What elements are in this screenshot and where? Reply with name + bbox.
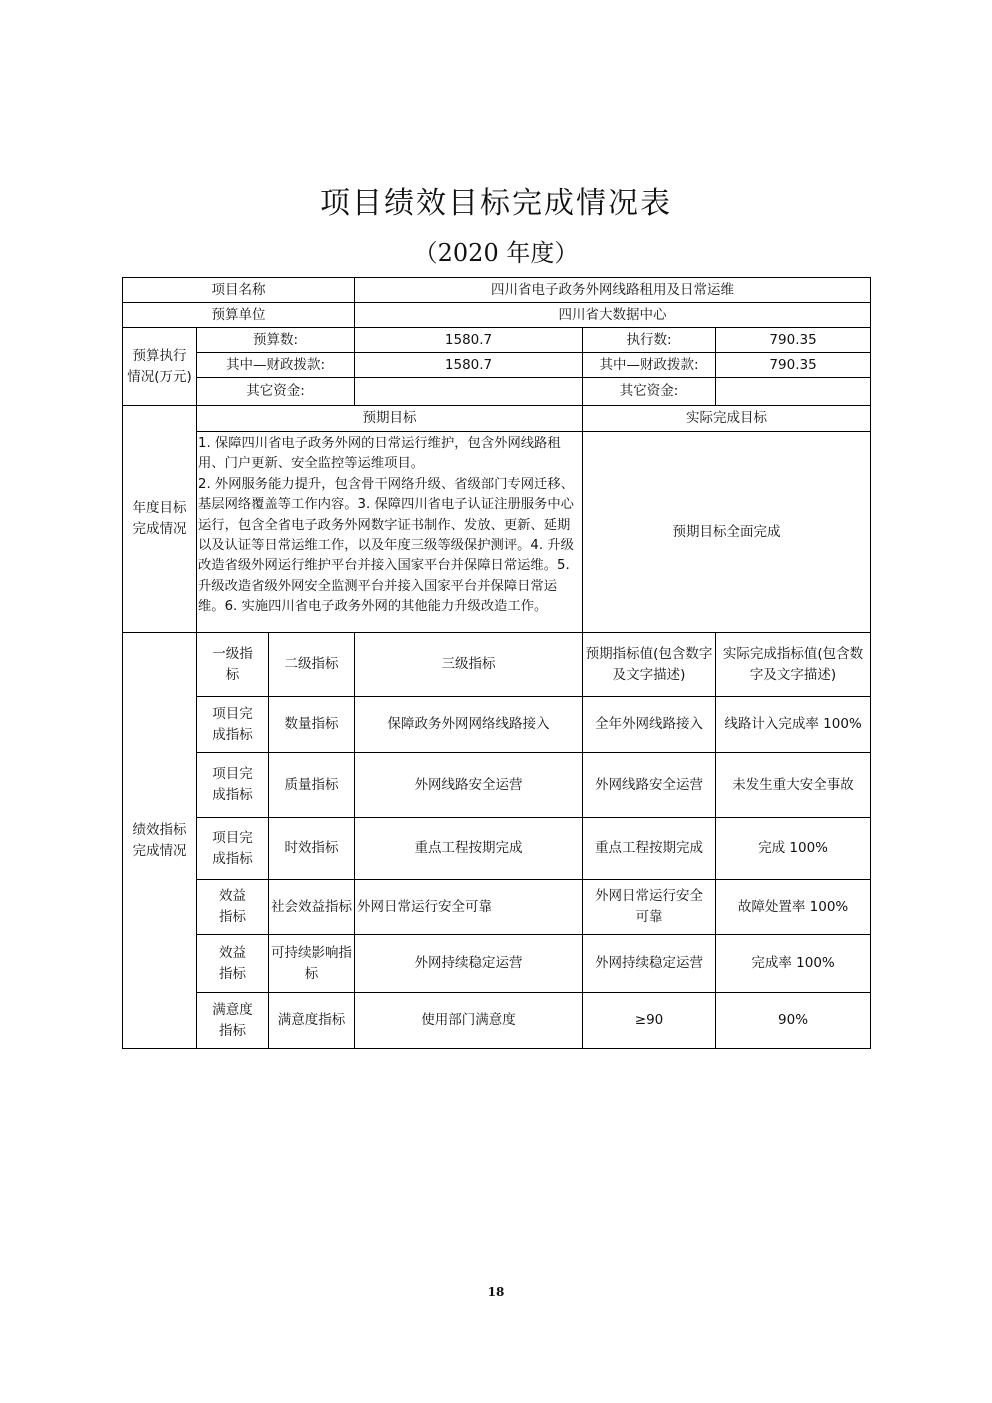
annual-goal-section-label: 年度目标完成情况 xyxy=(123,406,197,633)
indicator-expected: 外网日常运行安全可靠 xyxy=(583,880,716,935)
indicator-level2: 质量指标 xyxy=(269,753,355,818)
header-actual-value: 实际完成指标值(包含数字及文字描述) xyxy=(716,633,871,697)
expected-goal-header: 预期目标 xyxy=(197,406,583,432)
fiscal-executed-label: 其中—财政拨款: xyxy=(583,353,716,378)
indicator-level2: 时效指标 xyxy=(269,818,355,880)
indicator-actual: 90% xyxy=(716,993,871,1049)
indicator-expected: 全年外网线路接入 xyxy=(583,697,716,753)
indicator-row: 效益指标 社会效益指标 外网日常运行安全可靠 外网日常运行安全可靠 故障处置率 … xyxy=(123,880,871,935)
executed-count-value: 790.35 xyxy=(716,328,871,353)
budget-unit-row: 预算单位 四川省大数据中心 xyxy=(123,303,871,328)
other-funds-row: 其它资金: 其它资金: xyxy=(123,378,871,406)
other-funds-label: 其它资金: xyxy=(197,378,355,406)
performance-table: 项目名称 四川省电子政务外网线路租用及日常运维 预算单位 四川省大数据中心 预算… xyxy=(122,277,871,1049)
fiscal-row: 其中—财政拨款: 1580.7 其中—财政拨款: 790.35 xyxy=(123,353,871,378)
budget-count-value: 1580.7 xyxy=(355,328,583,353)
page-number: 18 xyxy=(0,1285,992,1299)
indicator-level3: 保障政务外网网络线路接入 xyxy=(355,697,583,753)
indicator-section-label: 绩效指标完成情况 xyxy=(123,633,197,1049)
indicator-level2: 数量指标 xyxy=(269,697,355,753)
project-name-value: 四川省电子政务外网线路租用及日常运维 xyxy=(355,278,871,303)
indicator-expected: ≥90 xyxy=(583,993,716,1049)
header-level1: 一级指标 xyxy=(197,633,269,697)
expected-goal-text: 1. 保障四川省电子政务外网的日常运行维护，包含外网线路租用、门户更新、安全监控… xyxy=(197,432,583,633)
indicator-actual: 完成 100% xyxy=(716,818,871,880)
budget-section-label: 预算执行情况(万元) xyxy=(123,328,197,406)
indicator-level2: 可持续影响指标 xyxy=(269,935,355,993)
indicator-level3: 外网日常运行安全可靠 xyxy=(355,880,583,935)
fiscal-budget-label: 其中—财政拨款: xyxy=(197,353,355,378)
indicator-header-row: 绩效指标完成情况 一级指标 二级指标 三级指标 预期指标值(包含数字及文字描述)… xyxy=(123,633,871,697)
other-funds-executed-label: 其它资金: xyxy=(583,378,716,406)
indicator-expected: 外网线路安全运营 xyxy=(583,753,716,818)
project-name-label: 项目名称 xyxy=(123,278,355,303)
header-expected-value: 预期指标值(包含数字及文字描述) xyxy=(583,633,716,697)
budget-unit-value: 四川省大数据中心 xyxy=(355,303,871,328)
indicator-row: 项目完成指标 时效指标 重点工程按期完成 重点工程按期完成 完成 100% xyxy=(123,818,871,880)
indicator-row: 满意度指标 满意度指标 使用部门满意度 ≥90 90% xyxy=(123,993,871,1049)
budget-unit-label: 预算单位 xyxy=(123,303,355,328)
indicator-expected: 外网持续稳定运营 xyxy=(583,935,716,993)
indicator-level3: 重点工程按期完成 xyxy=(355,818,583,880)
budget-count-label: 预算数: xyxy=(197,328,355,353)
indicator-level3: 外网线路安全运营 xyxy=(355,753,583,818)
indicator-level3: 使用部门满意度 xyxy=(355,993,583,1049)
indicator-level1: 项目完成指标 xyxy=(197,818,269,880)
executed-count-label: 执行数: xyxy=(583,328,716,353)
document-subtitle: （2020 年度） xyxy=(0,233,992,268)
indicator-level2: 满意度指标 xyxy=(269,993,355,1049)
indicator-level1: 效益指标 xyxy=(197,935,269,993)
document-title: 项目绩效目标完成情况表 xyxy=(0,178,992,222)
other-funds-budget-value xyxy=(355,378,583,406)
indicator-level2: 社会效益指标 xyxy=(269,880,355,935)
header-level3: 三级指标 xyxy=(355,633,583,697)
indicator-actual: 线路计入完成率 100% xyxy=(716,697,871,753)
indicator-level3: 外网持续稳定运营 xyxy=(355,935,583,993)
indicator-actual: 故障处置率 100% xyxy=(716,880,871,935)
indicator-level1: 项目完成指标 xyxy=(197,753,269,818)
indicator-expected: 重点工程按期完成 xyxy=(583,818,716,880)
indicator-level1: 满意度指标 xyxy=(197,993,269,1049)
actual-goal-header: 实际完成目标 xyxy=(583,406,871,432)
annual-goal-content-row: 1. 保障四川省电子政务外网的日常运行维护，包含外网线路租用、门户更新、安全监控… xyxy=(123,432,871,633)
budget-count-row: 预算执行情况(万元) 预算数: 1580.7 执行数: 790.35 xyxy=(123,328,871,353)
indicator-level1: 项目完成指标 xyxy=(197,697,269,753)
indicator-row: 效益指标 可持续影响指标 外网持续稳定运营 外网持续稳定运营 完成率 100% xyxy=(123,935,871,993)
project-name-row: 项目名称 四川省电子政务外网线路租用及日常运维 xyxy=(123,278,871,303)
indicator-row: 项目完成指标 数量指标 保障政务外网网络线路接入 全年外网线路接入 线路计入完成… xyxy=(123,697,871,753)
indicator-row: 项目完成指标 质量指标 外网线路安全运营 外网线路安全运营 未发生重大安全事故 xyxy=(123,753,871,818)
annual-goal-header-row: 年度目标完成情况 预期目标 实际完成目标 xyxy=(123,406,871,432)
header-level2: 二级指标 xyxy=(269,633,355,697)
other-funds-executed-value xyxy=(716,378,871,406)
indicator-actual: 完成率 100% xyxy=(716,935,871,993)
fiscal-budget-value: 1580.7 xyxy=(355,353,583,378)
fiscal-executed-value: 790.35 xyxy=(716,353,871,378)
indicator-actual: 未发生重大安全事故 xyxy=(716,753,871,818)
indicator-level1: 效益指标 xyxy=(197,880,269,935)
actual-goal-text: 预期目标全面完成 xyxy=(583,432,871,633)
